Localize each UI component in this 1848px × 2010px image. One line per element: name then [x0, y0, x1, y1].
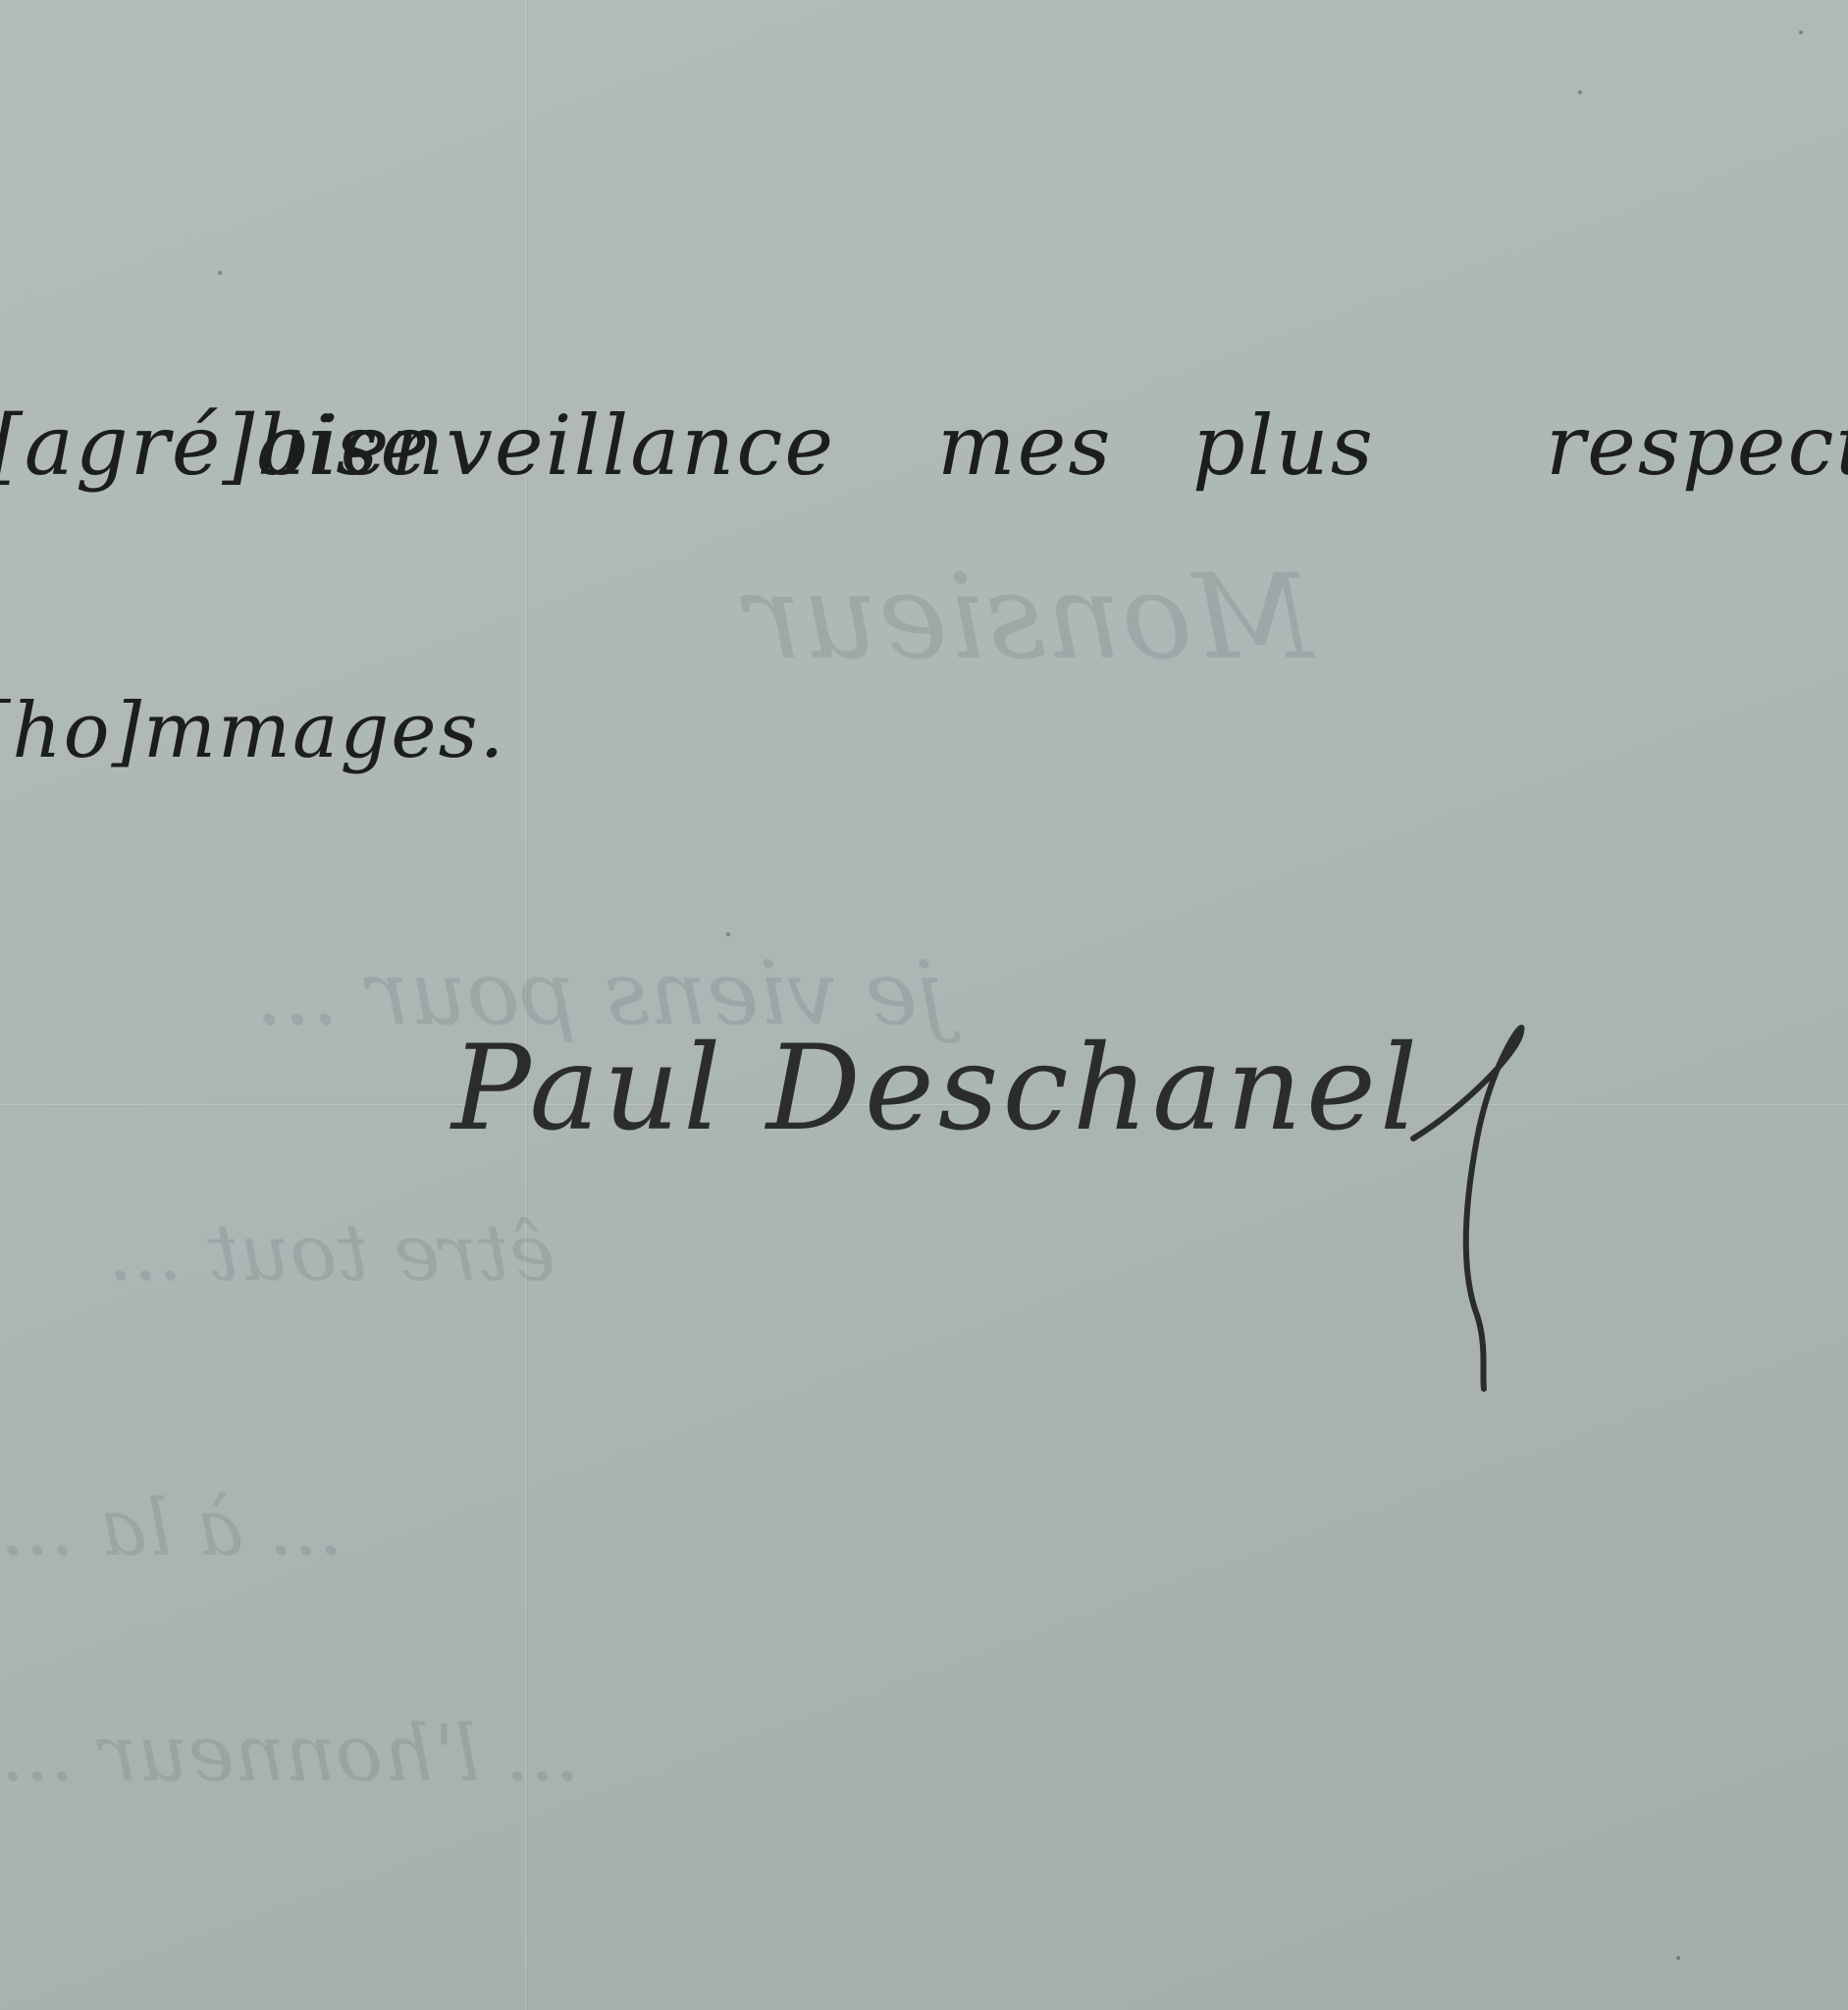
letter-word: mes — [937, 397, 1112, 494]
letter-word: bienveillance — [257, 397, 835, 494]
signature: Paul Deschanel — [451, 1021, 1421, 1157]
bleed-through-text: être tout ... — [108, 1207, 555, 1298]
bleed-through-text: Monsieur — [746, 550, 1313, 686]
paper-speck — [218, 271, 222, 275]
letter-word: respectueux — [1546, 397, 1848, 494]
letter-word: [ho]mmages. — [0, 687, 505, 775]
paper-speck — [1799, 30, 1803, 34]
letter-word: plus — [1192, 397, 1375, 494]
bleed-through-text: ... à la ... — [0, 1482, 343, 1573]
paper-speck — [1676, 1956, 1680, 1960]
letter-page: Monsieur je viens pour ... être tout ...… — [0, 0, 1848, 2010]
paper-speck — [726, 932, 730, 936]
bleed-through-text: ... l'honneur ... — [0, 1708, 580, 1799]
signature-flourish-icon — [1403, 1021, 1541, 1394]
paper-speck — [1578, 90, 1582, 94]
